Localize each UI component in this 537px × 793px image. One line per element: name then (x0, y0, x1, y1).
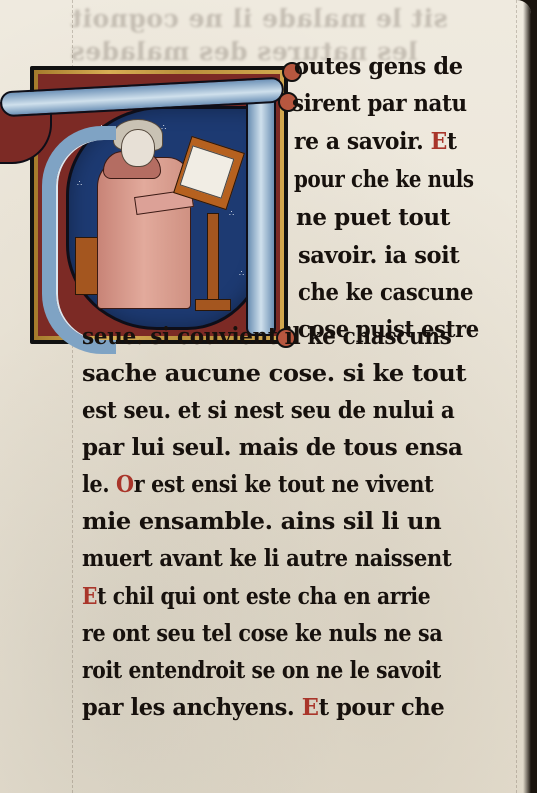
face (121, 129, 155, 167)
text-line: che ke cascune (298, 279, 473, 306)
rubricated-capital: E (82, 583, 97, 610)
historiated-initial: ∴ ∴ ∴ ∴ ∴ ∴ ∴ ∴ ∴ (30, 66, 288, 344)
text-line: savoir. ia soit (298, 242, 459, 269)
text-line: Et chil qui ont este cha en arrie (82, 583, 430, 610)
page-edge-shadow (523, 0, 531, 793)
text-line: par les anchyens. Et pour che (82, 694, 444, 721)
text-line: le. Or est ensi ke tout ne vivent (82, 471, 433, 498)
rubricated-capital: O (116, 471, 134, 498)
rubricated-capital: E (302, 694, 319, 721)
text-line: est seu. et si nest seu de nului a (82, 397, 454, 424)
text-line: re a savoir. Et (294, 128, 457, 155)
text-line: par lui seul. mais de tous ensa (82, 434, 462, 461)
rubricated-capital: E (431, 128, 447, 155)
text-line: sirent par natu (292, 90, 467, 117)
lectern-base (195, 299, 231, 311)
lectern-post (207, 213, 219, 309)
manuscript-page: sit le malade il ne cognoit les natures … (0, 0, 531, 793)
text-line: re ont seu tel cose ke nuls ne sa (82, 620, 442, 647)
text-line: outes gens de (294, 53, 463, 80)
bleed-line: sit le malade il ne cognoit (70, 2, 510, 35)
text-span: re a savoir. Et (294, 128, 457, 155)
letter-stem (246, 94, 276, 336)
text-line: mie ensamble. ains sil li un (82, 508, 441, 535)
text-line: muert avant ke li autre naissent (82, 545, 451, 572)
text-line: roit entendroit se on ne le savoit (82, 657, 441, 684)
text-line: sache aucune cose. si ke tout (82, 360, 466, 387)
text-line: pour che ke nuls (294, 166, 474, 193)
ruling-line-right (516, 0, 517, 793)
text-line: seue. si couvient il ke chascuns (82, 323, 451, 350)
letter-bowl (42, 126, 116, 354)
text-line: ne puet tout (296, 204, 450, 231)
